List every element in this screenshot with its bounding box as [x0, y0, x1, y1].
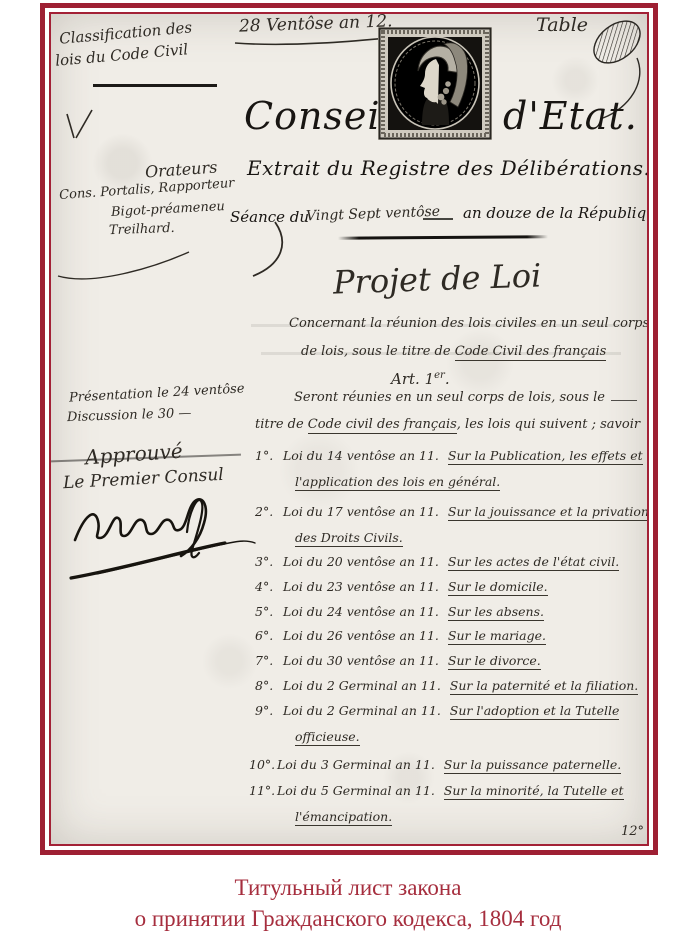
orateur-treilhard: Treilhard.	[109, 221, 175, 238]
item-subject: Sur les absens.	[448, 604, 544, 621]
law-item-2-cont: des Droits Civils.	[295, 530, 403, 545]
item-subject: Sur le divorce.	[448, 653, 541, 670]
item-law: Loi du 30 ventôse an 11.	[283, 653, 439, 668]
item-number: 9°.	[255, 703, 283, 718]
item-subject: Sur la Publication, les effets et	[448, 448, 643, 465]
law-item-8: 8°.Loi du 2 Germinal an 11.Sur la patern…	[255, 678, 638, 693]
projet-title: Projet de Loi	[332, 256, 542, 301]
bonaparte-signature-icon	[67, 488, 272, 583]
intro-line1: Concernant la réunion des lois civiles e…	[289, 316, 649, 331]
intro-line2-underlined: Code Civil des français	[455, 344, 607, 361]
item-law: Loi du 26 ventôse an 11.	[283, 628, 439, 643]
law-item-10: 10°.Loi du 3 Germinal an 11.Sur la puiss…	[249, 757, 621, 772]
law-item-3: 3°.Loi du 20 ventôse an 11.Sur les actes…	[255, 554, 619, 569]
swoosh-flourish-icon	[53, 246, 193, 286]
item-number: 5°.	[255, 604, 283, 619]
seance-year: an douze de la République	[463, 204, 649, 222]
filler-dash	[611, 400, 637, 401]
paragraph-line2-post: , les lois qui suivent ; savoir	[457, 417, 640, 432]
check-mark-icon	[61, 108, 95, 142]
item-law: Loi du 5 Germinal an 11.	[277, 783, 435, 798]
item-number: 7°.	[255, 653, 283, 668]
figure: Classification des lois du Code Civil 28…	[0, 0, 696, 940]
item-number: 1°.	[255, 448, 283, 463]
document-scan-frame: Classification des lois du Code Civil 28…	[40, 3, 658, 855]
discussion-note: Discussion le 30 —	[67, 406, 192, 425]
item-law: Loi du 20 ventôse an 11.	[283, 554, 439, 569]
paragraph-line2-pre: titre de	[255, 417, 308, 432]
item-law: Loi du 2 Germinal an 11.	[283, 678, 441, 693]
approuve-note: Approuvé	[84, 439, 183, 470]
item-law: Loi du 23 ventôse an 11.	[283, 579, 439, 594]
law-item-11-cont: l'émancipation.	[295, 809, 392, 824]
item-subject: Sur la jouissance et la privation	[448, 504, 649, 521]
item-subject: Sur la puissance paternelle.	[444, 757, 621, 774]
law-item-5: 5°.Loi du 24 ventôse an 11.Sur les absen…	[255, 604, 544, 619]
article-post: .	[445, 370, 450, 388]
item-subject-cont: l'application des lois en général.	[295, 474, 500, 491]
classification-underline	[93, 84, 217, 87]
law-item-2: 2°.Loi du 17 ventôse an 11.Sur la jouiss…	[255, 504, 649, 519]
paragraph-line1: Seront réunies en un seul corps de lois,…	[294, 390, 605, 405]
item-subject: Sur les actes de l'état civil.	[448, 554, 619, 571]
seance-divider-rule	[338, 235, 548, 239]
article-pre: Art. 1	[391, 370, 434, 388]
figure-caption: Титульный лист закона о принятии Граждан…	[0, 872, 696, 934]
item-subject: Sur le mariage.	[448, 628, 546, 645]
item-number: 10°.	[249, 757, 277, 772]
header-title-left: Conseil	[244, 94, 394, 138]
law-item-1-cont: l'application des lois en général.	[295, 474, 500, 489]
law-item-9-cont: officieuse.	[295, 729, 360, 744]
seance-date-written: Vingt Sept ventôse	[306, 204, 441, 225]
paragraph-line2-underlined: Code civil des français	[308, 417, 457, 434]
minerva-stamp-icon	[378, 27, 492, 140]
paren-flourish-icon	[233, 218, 293, 280]
law-item-1: 1°.Loi du 14 ventôse an 11.Sur la Public…	[255, 448, 643, 463]
item-number: 3°.	[255, 554, 283, 569]
table-label: Table	[536, 14, 588, 36]
item-subject: Sur la minorité, la Tutelle et	[444, 783, 624, 800]
law-item-6: 6°.Loi du 26 ventôse an 11.Sur le mariag…	[255, 628, 546, 643]
item-law: Loi du 2 Germinal an 11.	[283, 703, 441, 718]
article-sup: er	[434, 370, 445, 381]
item-subject: Sur l'adoption et la Tutelle	[450, 703, 620, 720]
caption-line2: о принятии Гражданского кодекса, 1804 го…	[0, 903, 696, 934]
item-subject-cont: l'émancipation.	[295, 809, 392, 826]
item-subject-cont: des Droits Civils.	[295, 530, 403, 547]
item-number: 11°.	[249, 783, 277, 798]
intro-line2: de lois, sous le titre de Code Civil des…	[301, 344, 606, 359]
filler-dash	[423, 218, 453, 220]
header-subtitle: Extrait du Registre des Délibérations.	[247, 156, 649, 180]
law-item-7: 7°.Loi du 30 ventôse an 11.Sur le divorc…	[255, 653, 541, 668]
paragraph-line2: titre de Code civil des français, les lo…	[255, 417, 640, 432]
item-law: Loi du 14 ventôse an 11.	[283, 448, 439, 463]
item-subject: Sur la paternité et la filiation.	[450, 678, 638, 695]
intro-line2-pre: de lois, sous le titre de	[301, 344, 455, 359]
item-law: Loi du 17 ventôse an 11.	[283, 504, 439, 519]
law-item-4: 4°.Loi du 23 ventôse an 11.Sur le domici…	[255, 579, 548, 594]
item-subject: Sur le domicile.	[448, 579, 548, 596]
document-page: Classification des lois du Code Civil 28…	[49, 12, 649, 846]
item-law: Loi du 24 ventôse an 11.	[283, 604, 439, 619]
item-subject-cont: officieuse.	[295, 729, 360, 746]
article-heading: Art. 1er.	[391, 370, 450, 388]
item-number: 6°.	[255, 628, 283, 643]
law-item-11: 11°.Loi du 5 Germinal an 11.Sur la minor…	[249, 783, 624, 798]
item-law: Loi du 3 Germinal an 11.	[277, 757, 435, 772]
item-number: 8°.	[255, 678, 283, 693]
item-number: 2°.	[255, 504, 283, 519]
page-number: 12°	[621, 824, 644, 839]
orateur-bigot: Bigot-préameneu	[111, 199, 226, 220]
header-title-right: d'Etat.	[503, 94, 638, 138]
caption-line1: Титульный лист закона	[0, 872, 696, 903]
law-item-9: 9°.Loi du 2 Germinal an 11.Sur l'adoptio…	[255, 703, 619, 718]
presentation-note: Présentation le 24 ventôse	[69, 381, 245, 405]
item-number: 4°.	[255, 579, 283, 594]
